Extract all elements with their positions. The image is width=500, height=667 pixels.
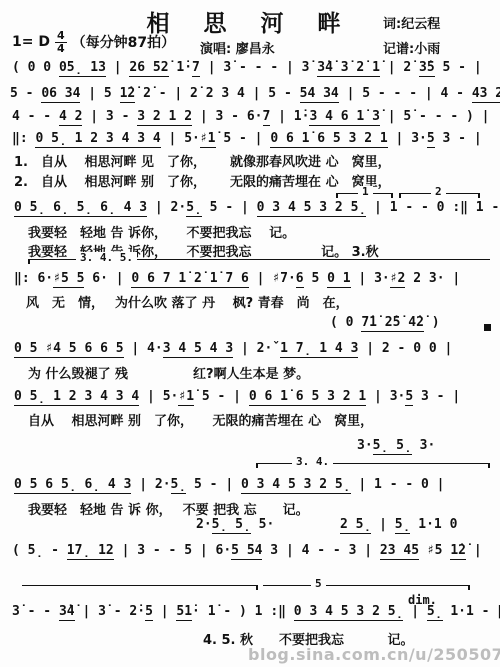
volta-34-bracket: 3. 4. (256, 463, 490, 469)
score-line-11: 3̇ - - 3̇4̇ | 3̇ - 2̇·5 | 51̇· 1̇ - ) 1 … (12, 604, 500, 619)
volta-345-bracket: 3. 4. 5. (28, 259, 490, 265)
lyrics-verse-2: 2. 自从 相思河畔 别 了你， 无限的痛苦埋在 心 窝里， (14, 171, 391, 190)
ink-dot-artifact (484, 324, 491, 331)
volta-5-bracket: 5 (263, 585, 470, 591)
lyrics-verse-3: 风 无 情， 为什么吹 落了 丹 枫? 青春 尚 在， (26, 292, 349, 311)
score-line-8: 0 5̣ 1 2 3 4 3 4 | 5·♯1̇ 5 - | 0 6 1̇ 6 … (14, 389, 460, 404)
key-tempo-row: 1= D 4 4 （每分钟87拍） (12, 30, 175, 54)
score-line-9: 0 5 6 5̣ 6̣ 4 3 | 2·5̣ 5 - | 0 3 4 5 3 2… (14, 477, 445, 492)
volta-1-label: 1 (358, 186, 373, 197)
lyricist-credit: 词:纪云程 (383, 13, 440, 32)
score-line-4: ‖: 0 5̣ 1 2 3 4 3 4 | 5·♯1̇ 5 - | 0 6 1̇… (12, 131, 482, 146)
volta-345-label: 3. 4. 5. (76, 252, 137, 263)
score-line-6: ‖: 6·♯5 5 6· | 0 6 7 1̇ 2̇ 1̇ 7 6 | ♯7·6… (14, 271, 460, 286)
score-line-10: ( 5̣ - 17̣ 12 | 3 - - 5 | 6·5 54 3 | 4 -… (12, 543, 482, 558)
volta-34-label: 3. 4. (292, 456, 333, 467)
score-line-3: 4 - - 4 2 | 3 - 3 2 1 2 | 3 - 6·7 | 1̇·3… (12, 109, 490, 124)
ending-bracket-left (22, 585, 258, 591)
interlude-notes: ( 0 7̇1̇ 2̇5̇ 4̇2̇ ) (330, 315, 440, 330)
pickup-notes: 3·5̣ 5̣ 3· (357, 438, 435, 453)
key-signature: 1= D (12, 34, 50, 50)
volta-2-label: 2 (431, 186, 446, 197)
lyrics-verse-1: 1. 自从 相思河畔 见 了你， 就像那春风吹进 心 窝里， (14, 151, 391, 170)
volta-5-label: 5 (311, 578, 326, 589)
score-line-1: ( 0 0 05̣ 13 | 26 52̇ 1̇·7 | 3̇ - - - | … (12, 60, 482, 75)
score-line-7: 0 5 ♯4 5 6 6 5 | 4·3 4 5 4 3 | 2·ˇ1 7̣ 1… (14, 341, 452, 356)
volta-2-bracket: 2 (399, 193, 480, 199)
score-line-5: 0 5̣ 6̣ 5̣ 6̣ 4 3 | 2·5̣ 5 - | 0 3 4 5 3… (14, 200, 500, 215)
sheet-music-page: 相 思 河 畔 词:纪云程 1= D 4 4 （每分钟87拍） 演唱: 廖昌永 … (0, 0, 500, 667)
time-signature-denominator: 4 (57, 43, 65, 55)
time-signature: 4 4 (55, 30, 67, 54)
lyrics-verse-3b: 为 什么毁褪了 残 红?啊人生本是 梦。 (28, 363, 309, 382)
volta-1-bracket: 1 (336, 193, 393, 199)
tempo-marking: （每分钟87拍） (72, 32, 175, 52)
sub-voice-right: 2 5̣ | 5̣ 1·1 0 (340, 517, 457, 532)
lyrics-chorus-3: 我要轻 轻地 告 诉 你， 不要 把我 忘 记。 (28, 499, 309, 518)
time-signature-numerator: 4 (55, 30, 67, 43)
watermark-url: blog.sina.com.cn/u/2505072142 (248, 645, 500, 664)
singer-credit: 演唱: 廖昌永 (200, 38, 275, 57)
lyrics-verse-3c: 自从 相思河畔 别 了你， 无限的痛苦埋在 心 窝里， (28, 410, 373, 429)
lyrics-chorus-1: 我要轻 轻地 告 诉你， 不要把我忘 记。 (28, 222, 295, 241)
notator-credit: 记谱:小雨 (383, 38, 440, 57)
sub-voice-left: 2·5̣ 5̣ 5· (196, 517, 274, 532)
score-line-2: 5 - 06 34 | 5 1̇2̇ 2̇ - | 2̇ 2 3 4 | 5 -… (10, 86, 500, 101)
